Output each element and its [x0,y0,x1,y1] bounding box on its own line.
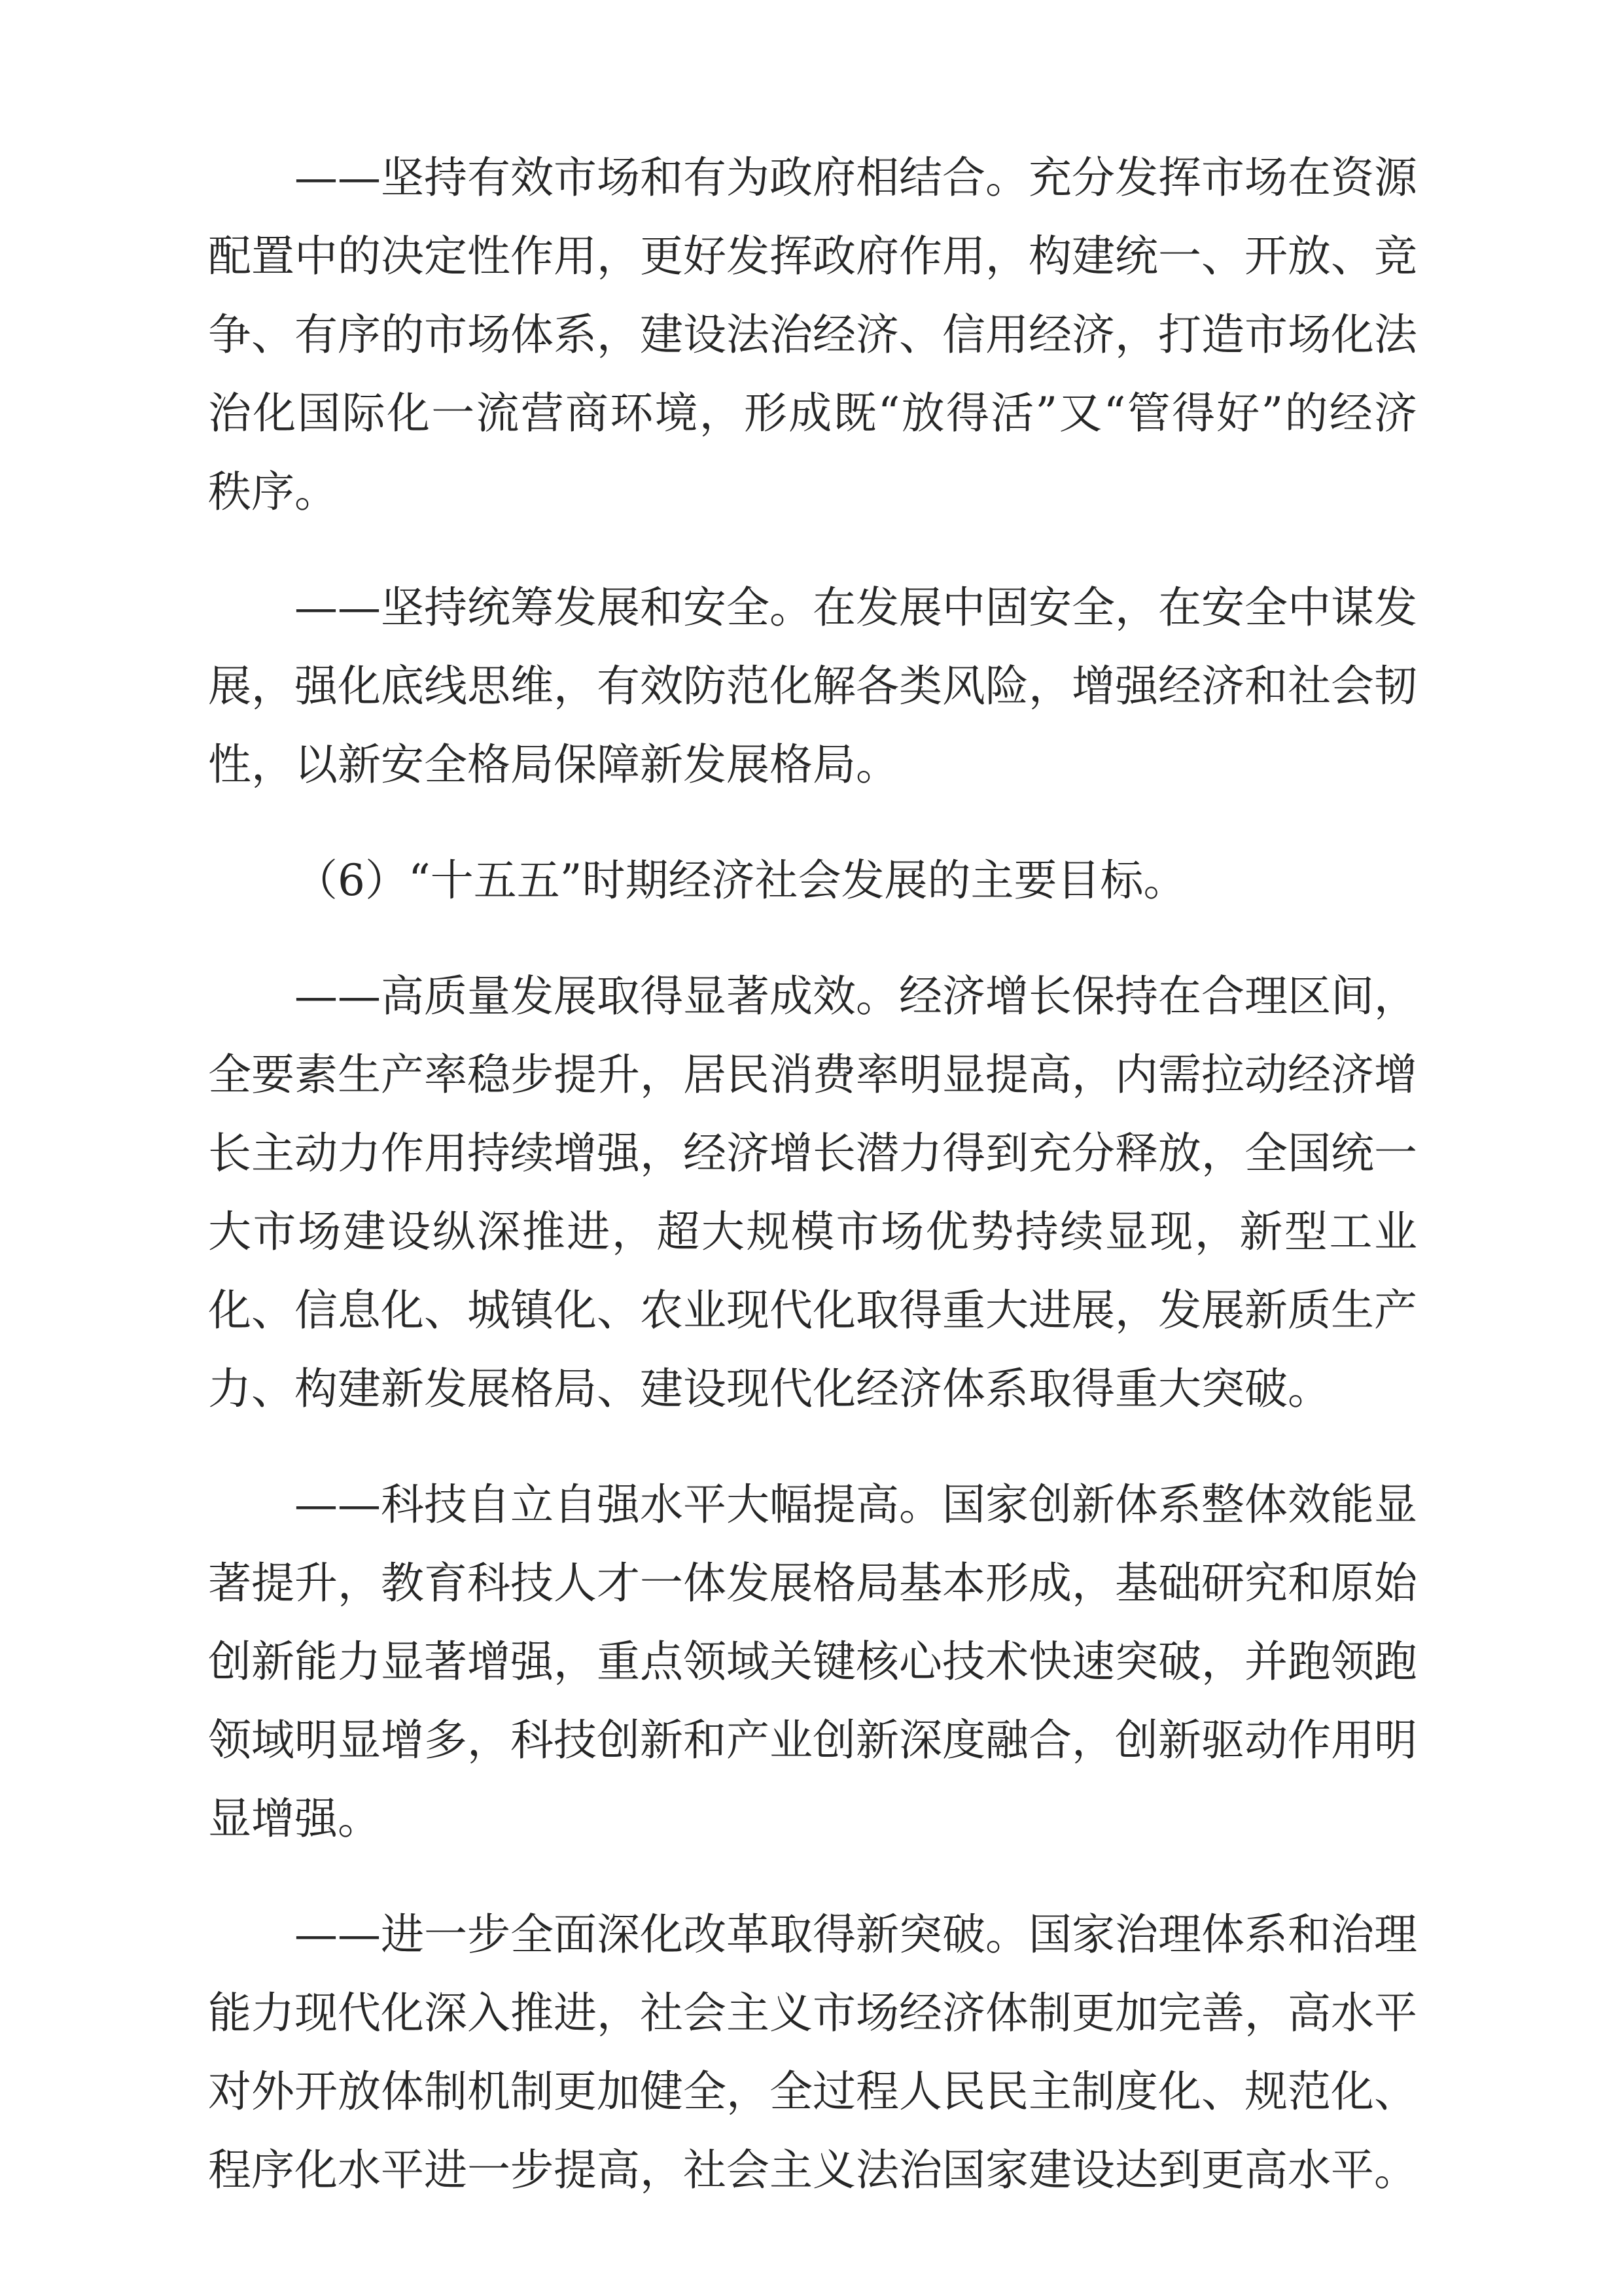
paragraph: ——进一步全面深化改革取得新突破。国家治理体系和治理能力现代化深入推进，社会主义… [208,1896,1417,2210]
document-page: ——坚持有效市场和有为政府相结合。充分发挥市场在资源配置中的决定性作用，更好发挥… [0,0,1622,2296]
paragraph: ——坚持有效市场和有为政府相结合。充分发挥市场在资源配置中的决定性作用，更好发挥… [208,139,1417,531]
paragraph: ——高质量发展取得显著成效。经济增长保持在合理区间，全要素生产率稳步提升，居民消… [208,957,1417,1428]
document-body: ——坚持有效市场和有为政府相结合。充分发挥市场在资源配置中的决定性作用，更好发挥… [208,139,1417,2210]
paragraph: ——科技自立自强水平大幅提高。国家创新体系整体效能显著提升，教育科技人才一体发展… [208,1466,1417,1858]
paragraph: ——坚持统筹发展和安全。在发展中固安全，在安全中谋发展，强化底线思维，有效防范化… [208,569,1417,804]
section-heading: （6）“十五五”时期经济社会发展的主要目标。 [208,841,1417,920]
